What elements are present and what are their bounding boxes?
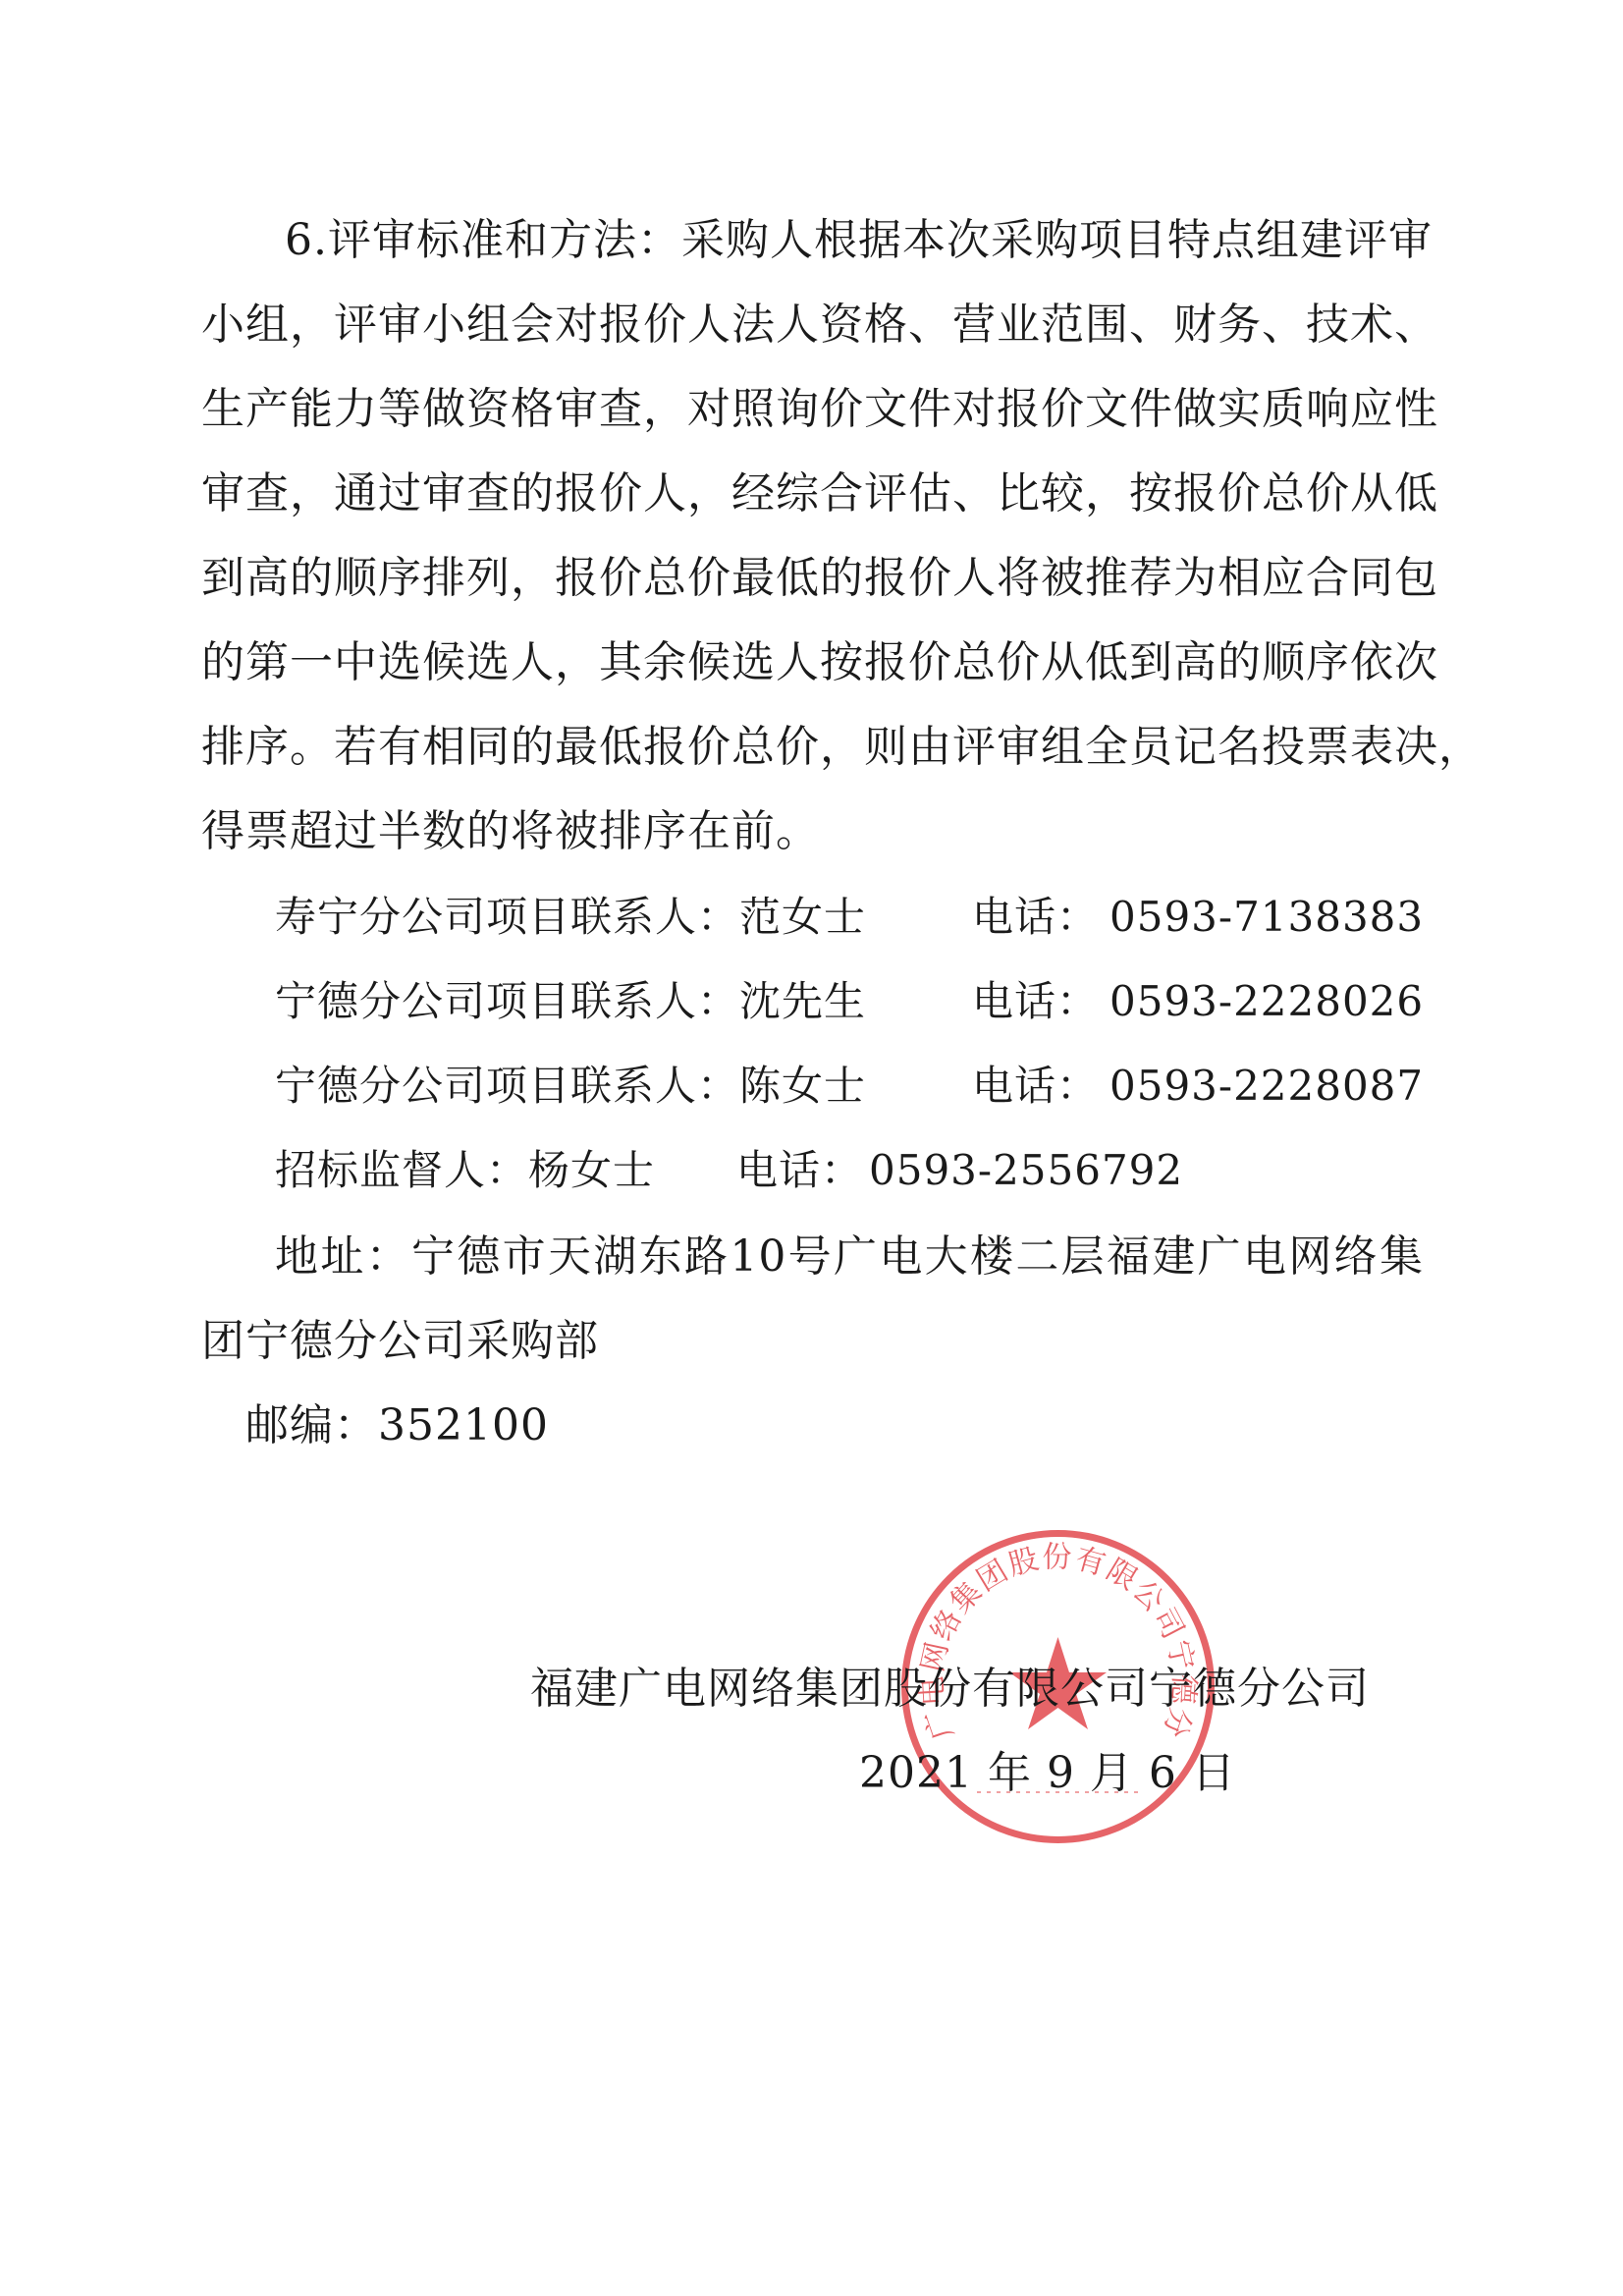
- paragraph-line-6: 的第一中选候选人，其余候选人按报价总价从低到高的顺序依次: [201, 633, 1424, 692]
- contact-3-phone: 0593-2228087: [1109, 1057, 1424, 1116]
- contact-2-label: 宁德分公司项目联系人：沈先生: [275, 972, 866, 1031]
- signature-company: 福建广电网络集团股份有限公司宁德分公司: [530, 1660, 1370, 1719]
- paragraph-line-8: 得票超过半数的将被排序在前。: [201, 802, 820, 861]
- contact-1-phone-label: 电话：: [972, 888, 1099, 947]
- signature-date: 2021 年 9 月 6 日: [859, 1744, 1236, 1803]
- contact-1-phone: 0593-7138383: [1109, 888, 1424, 947]
- contact-3-phone-label: 电话：: [972, 1057, 1099, 1116]
- supervisor-label: 招标监督人：杨女士: [275, 1141, 655, 1200]
- document-page: 6.评审标准和方法：采购人根据本次采购项目特点组建评审 小组，评审小组会对报价人…: [0, 0, 1623, 2296]
- supervisor-phone: 0593-2556792: [869, 1141, 1183, 1200]
- paragraph-line-4: 审查，通过审查的报价人，经综合评估、比较，按报价总价从低: [201, 465, 1424, 523]
- paragraph-line-1: 6.评审标准和方法：采购人根据本次采购项目特点组建评审: [285, 211, 1424, 270]
- address-line-2: 团宁德分公司采购部: [201, 1312, 599, 1371]
- paragraph-line-2: 小组，评审小组会对报价人法人资格、营业范围、财务、技术、: [201, 296, 1424, 355]
- contact-1-label: 寿宁分公司项目联系人：范女士: [275, 888, 866, 947]
- address-line-1: 地址：宁德市天湖东路10号广电大楼二层福建广电网络集: [275, 1228, 1424, 1286]
- paragraph-line-5: 到高的顺序排列，报价总价最低的报价人将被推荐为相应合同包: [201, 549, 1424, 608]
- contact-2-phone: 0593-2228026: [1109, 972, 1424, 1031]
- postcode: 邮编：352100: [245, 1396, 549, 1455]
- contact-3-label: 宁德分公司项目联系人：陈女士: [275, 1057, 866, 1116]
- paragraph-line-7: 排序。若有相同的最低报价总价，则由评审组全员记名投票表决，: [201, 718, 1424, 777]
- paragraph-line-3: 生产能力等做资格审查，对照询价文件对报价文件做实质响应性: [201, 380, 1424, 439]
- supervisor-phone-label: 电话：: [736, 1141, 863, 1200]
- contact-2-phone-label: 电话：: [972, 972, 1099, 1031]
